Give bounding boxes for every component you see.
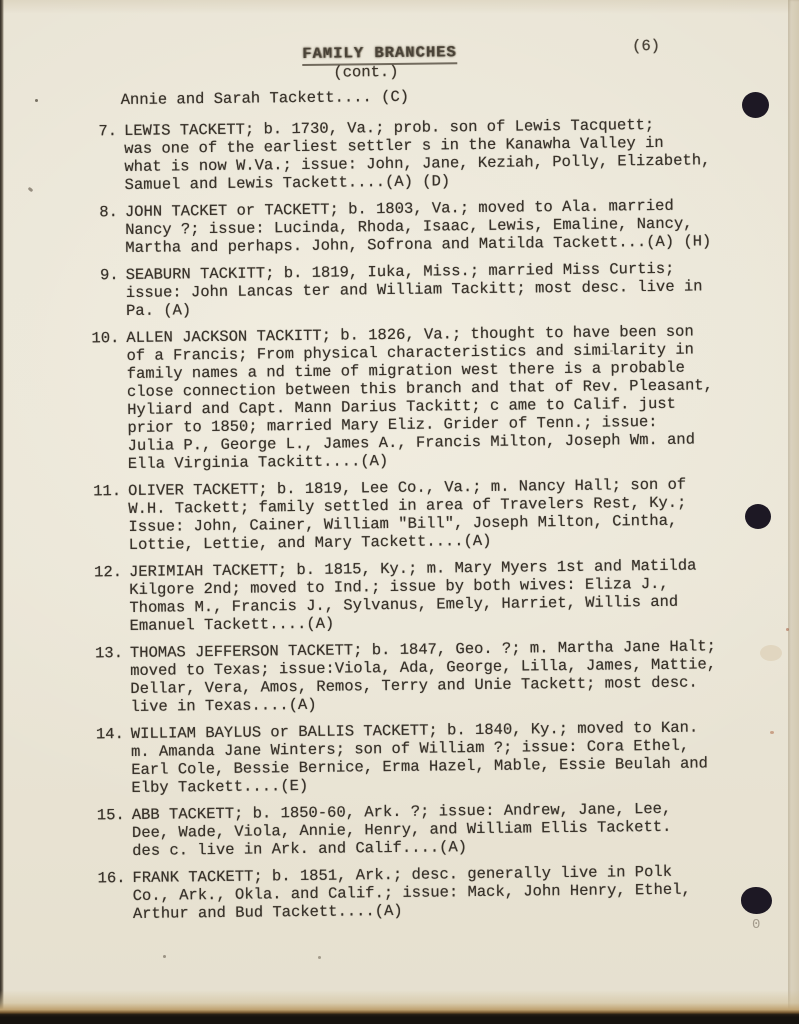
page-subtitle: (cont.)	[333, 63, 398, 82]
preamble-line: Annie and Sarah Tackett.... (C)	[121, 88, 410, 109]
entry-number: 7.	[81, 122, 118, 194]
entry-number: 10.	[83, 329, 121, 473]
entry-text: SEABURN TACKITT; b. 1819, Iuka, Miss.; m…	[126, 259, 703, 320]
entry-text: WILLIAM BAYLUS or BALLIS TACKETT; b. 184…	[131, 718, 708, 797]
scanned-document-page: 0 FAMILY BRANCHES (cont.) (6) Annie and …	[0, 0, 799, 1024]
entry-number: 8.	[82, 203, 119, 257]
entry-number: 13.	[87, 644, 124, 716]
page-number: (6)	[632, 37, 660, 55]
entry-text: JOHN TACKET or TACKETT; b. 1803, Va.; mo…	[125, 196, 712, 257]
scan-edge-bottom	[0, 990, 799, 1024]
entry-row: 10.ALLEN JACKSON TACKITT; b. 1826, Va.; …	[83, 322, 765, 474]
entry-text: LEWIS TACKETT; b. 1730, Va.; prob. son o…	[124, 115, 711, 194]
entry-text: OLIVER TACKETT; b. 1819, Lee Co., Va.; m…	[128, 476, 687, 554]
entry-text: THOMAS JEFFERSON TACKETT; b. 1847, Geo. …	[130, 637, 717, 716]
entry-row: 7.LEWIS TACKETT; b. 1730, Va.; prob. son…	[81, 115, 762, 195]
entry-number: 14.	[88, 725, 125, 797]
entry-text: ABB TACKETT; b. 1850-60, Ark. ?; issue: …	[132, 800, 672, 860]
entries: 7.LEWIS TACKETT; b. 1730, Va.; prob. son…	[81, 115, 770, 933]
entry-row: 9.SEABURN TACKITT; b. 1819, Iuka, Miss.;…	[83, 259, 764, 321]
entry-number: 15.	[89, 806, 126, 860]
entry-text: ALLEN JACKSON TACKITT; b. 1826, Va.; tho…	[126, 322, 714, 473]
entry-text: FRANK TACKETT; b. 1851, Ark.; desc. gene…	[132, 863, 691, 923]
entry-row: 11.OLIVER TACKETT; b. 1819, Lee Co., Va.…	[85, 475, 766, 555]
entry-row: 8.JOHN TACKET or TACKETT; b. 1803, Va.; …	[82, 196, 763, 258]
entry-row: 12.JERIMIAH TACKETT; b. 1815, Ky.; m. Ma…	[86, 556, 767, 636]
entry-row: 13.THOMAS JEFFERSON TACKETT; b. 1847, Ge…	[87, 637, 768, 717]
entry-row: 14.WILLIAM BAYLUS or BALLIS TACKETT; b. …	[88, 718, 769, 798]
entry-row: 16.FRANK TACKETT; b. 1851, Ark.; desc. g…	[89, 862, 770, 924]
entry-row: 15.ABB TACKETT; b. 1850-60, Ark. ?; issu…	[89, 799, 770, 861]
typewritten-content: FAMILY BRANCHES (cont.) (6) Annie and Sa…	[0, 0, 799, 1024]
entry-number: 11.	[85, 482, 122, 554]
entry-text: JERIMIAH TACKETT; b. 1815, Ky.; m. Mary …	[129, 557, 697, 635]
entry-number: 12.	[86, 563, 123, 635]
entry-number: 16.	[89, 869, 126, 923]
entry-number: 9.	[83, 266, 120, 320]
